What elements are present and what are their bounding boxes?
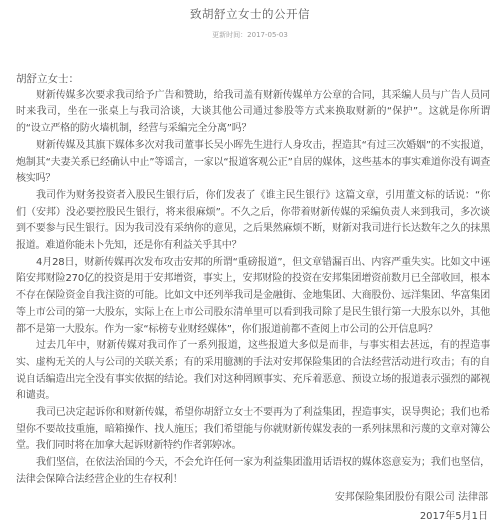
- salutation: 胡舒立女士：: [16, 71, 490, 88]
- signature-organization: 安邦保险集团股份有限公司 法律部: [335, 488, 488, 503]
- letter-body: 胡舒立女士： 财新传媒多次要求我司给予广告和赞助，给我司盖有财新传媒单方公章的合…: [16, 71, 490, 489]
- paragraph: 我司作为财务投资者入股民生银行后，你们发表了《谁主民生银行》这篇文章，引用董文标…: [16, 188, 490, 255]
- update-time: 更新时间：2017-05-03: [0, 30, 500, 40]
- paragraph: 过去几年中，财新传媒对我司作了一系列报道，这些报道大多似是而非，与事实相去甚远，…: [16, 338, 490, 405]
- paragraph: 财新传媒及其旗下媒体多次对我司董事长吴小晖先生进行人身攻击，捏造其“有过三次婚姻…: [16, 138, 490, 188]
- paragraph: 我们坚信，在依法治国的今天，不会允许任何一家为利益集团滥用话语权的媒体恣意妄为；…: [16, 455, 490, 488]
- page-title: 致胡舒立女士的公开信: [0, 6, 500, 22]
- paragraph: 4月28日，财新传媒再次发布攻击安邦的所谓“重磅报道”，但文章错漏百出、内容严重…: [16, 255, 490, 339]
- paragraph: 财新传媒多次要求我司给予广告和赞助，给我司盖有财新传媒单方公章的合同，其采编人员…: [16, 88, 490, 138]
- paragraph: 我司已决定起诉你和财新传媒，希望你胡舒立女士不要再为了利益集团，捏造事实，误导舆…: [16, 405, 490, 455]
- signature-date: 2017年5月1日: [420, 507, 488, 522]
